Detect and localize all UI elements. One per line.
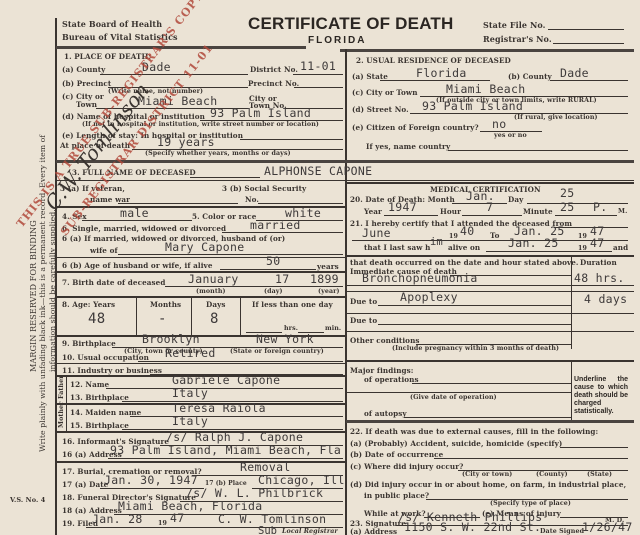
place-hint: (Specify type of place)	[490, 500, 571, 507]
minute-label: Minute	[523, 207, 553, 216]
res-county-label: (b) County	[508, 72, 552, 81]
age-divider-2	[191, 297, 192, 335]
birth-year-value: 1899	[310, 272, 339, 286]
address-label: (a) Address	[350, 527, 397, 535]
birthplace-city: Brooklyn	[142, 332, 200, 346]
birthplace-label: 9. Birthplace	[62, 339, 116, 348]
age-months-label: Months	[150, 300, 181, 309]
city-label-2: Town	[76, 100, 97, 109]
death-hour-value: 7	[486, 200, 493, 214]
registrar-no-label: Registrar's No.	[483, 34, 552, 44]
age-divider-3	[240, 297, 241, 335]
certificate-title: CERTIFICATE OF DEATH	[248, 14, 453, 34]
rule-age	[56, 296, 345, 298]
underline-note: Underline the cause to which death shoul…	[574, 376, 628, 416]
accident-underline	[560, 447, 628, 448]
county-label: (a) County	[62, 65, 105, 74]
nineteen-1: 19	[449, 233, 458, 240]
operations-underline	[412, 383, 571, 384]
occurred-label: that death occurred on the date and hour…	[350, 258, 579, 267]
res-country-underline	[448, 150, 628, 151]
ssn-label-1: 3 (b) Social Security	[222, 184, 306, 193]
attended-from-value: June	[362, 226, 391, 240]
place-of-death-heading: 1. PLACE OF DEATH:	[64, 52, 151, 61]
physician-address: 1150 S. W. 22nd St.	[404, 520, 541, 534]
age-years-label: 8. Age: Years	[62, 300, 115, 309]
age-divider-1	[136, 297, 137, 335]
major-label: Major findings:	[350, 366, 414, 375]
due-to-label-2: Due to	[350, 316, 377, 325]
director-signature: /s/ W. L. Philbrick	[186, 486, 323, 500]
immediate-duration-value: 48 hrs.	[574, 271, 625, 285]
rule-industry	[56, 363, 345, 364]
informant-signature: /s/ Ralph J. Capone	[166, 430, 303, 444]
burial-place-value: Chicago, Ill	[258, 473, 345, 487]
rule-burial	[56, 461, 345, 463]
occurrence-label: (b) Date of occurrence	[350, 450, 443, 459]
attended-underline	[352, 240, 628, 241]
mother-side-label: Mother	[58, 401, 65, 428]
precinct-no-underline	[294, 87, 343, 88]
birth-label: 7. Birth date of deceased	[62, 278, 165, 287]
ssn-underline	[258, 203, 343, 204]
res-city-value: Miami Beach	[446, 82, 525, 96]
filed-date: Jan. 28	[92, 512, 143, 526]
age-months-value: -	[158, 311, 167, 327]
where-hint-county: (County)	[536, 471, 568, 478]
district-label: District No.	[250, 65, 298, 74]
rule-major	[346, 360, 634, 362]
father-side-label: Father	[58, 375, 65, 399]
birthplace-state: New York	[256, 332, 314, 346]
registrar-no-field[interactable]	[553, 43, 624, 44]
precinct-no-label: Precinct No.	[248, 79, 299, 88]
father-birthplace-value: Italy	[172, 386, 208, 400]
last-saw-year: 47	[590, 236, 604, 250]
registrar-label: Local Registrar	[282, 528, 338, 535]
immediate-cause-value: Bronchopneumonia	[362, 271, 478, 285]
spouse-value: Mary Capone	[165, 240, 244, 254]
autopsy-underline	[404, 417, 571, 418]
occupation-underline	[138, 361, 343, 362]
marital-label: 6. Single, married, widowed or divorced	[62, 224, 226, 233]
res-country-label: If yes, name country	[366, 142, 450, 151]
rule-spouse-age	[56, 257, 345, 258]
accident-label: (a) (Probably) Accident, suicide, homici…	[350, 439, 562, 448]
min-label: min.	[325, 325, 341, 332]
less-than-day-label: If less than one day	[252, 300, 333, 309]
and-label: and	[613, 243, 628, 252]
burial-date-value: Jan. 30, 1947	[104, 473, 198, 487]
res-street-value: 93 Palm Island	[422, 99, 523, 113]
spouse-age-underline	[220, 269, 316, 270]
header-rule-left	[56, 46, 306, 49]
due-to-2-underline	[378, 324, 571, 325]
year-hint: (year)	[318, 288, 340, 295]
res-city-label: (c) City or Town	[352, 88, 418, 97]
death-year-value: 1947	[388, 200, 417, 214]
informant-addr-value: 93 Palm Island, Miami Beach, Fla	[110, 443, 341, 457]
last-saw-underline	[486, 251, 612, 252]
ampm-value: P.	[593, 200, 607, 214]
where-hint-city: (City or town)	[462, 471, 512, 478]
last-saw-pronoun: im	[430, 236, 443, 248]
father-name-value: Gabriele Capone	[172, 373, 280, 387]
registrar-name: C. W. Tomlinson	[218, 512, 326, 526]
ssn-label-2: No.	[245, 195, 259, 204]
district-underline	[293, 74, 343, 75]
duration-label: Duration	[580, 258, 617, 267]
mother-name-underline	[130, 416, 343, 417]
veteran-underline	[118, 203, 238, 204]
occurrence-underline	[434, 458, 628, 459]
burial-value: Removal	[240, 460, 291, 474]
center-divider	[345, 49, 347, 535]
father-name-underline	[106, 388, 343, 389]
precinct-label: (b) Precinct	[62, 79, 111, 88]
other-hint: (Include pregnancy within 3 months of de…	[392, 345, 559, 352]
informant-addr-underline	[108, 458, 343, 459]
day-hint: (day)	[264, 288, 283, 295]
stay-value: 19 years	[157, 135, 215, 149]
attended-from-year: 40	[460, 224, 474, 238]
birth-day-value: 17	[275, 272, 289, 286]
autopsy-label: of autopsy	[364, 409, 407, 418]
last-saw-label-1: that I last saw h	[364, 243, 430, 252]
immediate-underline	[346, 285, 634, 286]
age-days-label: Days	[206, 300, 226, 309]
due-to-spacer-line	[346, 313, 634, 314]
spouse-label-2: wife of	[90, 246, 118, 255]
age-days-value: 8	[210, 311, 219, 327]
res-citizen-value: no	[492, 117, 506, 131]
residence-heading: 2. USUAL RESIDENCE OF DECEASED	[356, 56, 511, 65]
form-number: V.S. No. 4	[10, 496, 45, 504]
last-saw-label-2: alive on	[448, 243, 480, 252]
death-month-underline	[452, 203, 507, 204]
spouse-age-value: 50	[266, 254, 280, 268]
due-to-1-value: Apoplexy	[400, 290, 458, 304]
res-citizen-hint: yes or no	[494, 132, 527, 139]
age-years-value: 48	[88, 311, 105, 327]
other-label: Other conditions	[350, 336, 420, 345]
father-name-label: 12. Name	[70, 380, 109, 389]
medical-top-rule	[346, 182, 634, 184]
due-to-1-underline	[378, 305, 571, 306]
where-label: (c) Where did injury occur?	[350, 462, 463, 471]
margin-binding-note: MARGIN RESERVED FOR BINDING	[28, 220, 38, 372]
header-rule-right	[340, 49, 634, 52]
date-signed-value: 1/26/47	[582, 520, 633, 534]
hospital-value: 93 Palm Island	[210, 106, 311, 120]
due-to-duration-value: 4 days	[584, 292, 627, 306]
name-underline-left	[190, 177, 260, 178]
to-label: To	[490, 231, 500, 240]
month-hint: (month)	[196, 288, 226, 295]
hour-label: Hour	[440, 207, 461, 216]
res-citizen-label: (e) Citizen of Foreign country?	[352, 123, 479, 132]
date-signed-label: Date Signed	[540, 528, 584, 535]
district-value: 11-01	[300, 59, 336, 73]
duration-divider	[571, 256, 572, 349]
home-label-2: in public place?	[364, 491, 429, 500]
death-certificate: MARGIN RESERVED FOR BINDING Write plainl…	[0, 0, 640, 535]
marital-value: married	[250, 218, 301, 232]
state-file-field[interactable]	[548, 29, 624, 30]
mother-birthplace-label: 15. Birthplace	[70, 421, 129, 430]
state-file-label: State File No.	[483, 20, 546, 30]
hrs-label: hrs.	[284, 325, 298, 332]
birthplace-state-hint: (State or foreign country)	[230, 348, 324, 355]
death-day-underline	[527, 203, 628, 204]
father-birthplace-label: 13. Birthplace	[70, 393, 129, 402]
section-rule-1	[56, 160, 634, 163]
stay-hint: (Specify whether years, months or days)	[145, 150, 291, 157]
year-label: Year	[364, 207, 382, 216]
registrar-sub: Sub	[258, 525, 277, 535]
death-day-value: 25	[560, 186, 574, 200]
underline-note-divider	[571, 361, 572, 421]
mother-name-value: Teresa Raiola	[172, 401, 266, 415]
due-to-2-spacer	[346, 331, 634, 332]
stay-hospital-underline	[240, 139, 343, 140]
mother-birthplace-value: Italy	[172, 414, 208, 428]
county-underline	[100, 74, 248, 75]
left-border	[55, 18, 57, 535]
rule-external	[346, 420, 634, 423]
day-label: Day	[508, 195, 523, 204]
due-to-label-1: Due to	[350, 297, 377, 306]
sex-value: male	[120, 206, 149, 220]
filed-year: 47	[170, 511, 184, 525]
marital-underline	[222, 232, 343, 233]
last-saw-value: Jan. 25	[508, 236, 559, 250]
m-label: M.	[618, 208, 627, 215]
industry-label: 11. Industry or business	[62, 366, 162, 375]
deceased-name: ALPHONSE CAPONE	[264, 164, 372, 178]
race-label: 5. Color or race	[192, 212, 256, 221]
occupation-label: 10. Usual occupation	[62, 353, 149, 362]
where-hint-state: (State)	[587, 471, 612, 478]
home-label-1: (d) Did injury occur in or about home, o…	[350, 480, 626, 489]
director-addr-value: Miami Beach, Florida	[118, 499, 262, 513]
rule-occurred	[346, 255, 634, 257]
external-label: 22. If death was due to external causes,…	[350, 427, 598, 436]
agency-line-1: State Board of Health	[62, 19, 162, 29]
death-hour-underline	[462, 215, 522, 216]
res-street-label: (d) Street No.	[352, 105, 409, 114]
death-minute-underline	[555, 215, 617, 216]
nineteen-2: 19	[578, 233, 587, 240]
res-county-value: Dade	[560, 66, 589, 80]
spouse-age-label: 6 (b) Age of husband or wife, if alive	[62, 261, 213, 270]
years-label: years	[317, 262, 339, 271]
state-name: FLORIDA	[308, 35, 366, 46]
death-year-underline	[384, 215, 438, 216]
res-county-underline	[550, 80, 628, 81]
operation-hint: (Give date of operation)	[410, 394, 497, 401]
name-rule	[56, 180, 634, 181]
birth-underline	[165, 286, 343, 287]
res-street-hint: (If rural, give location)	[514, 114, 598, 121]
death-minute-value: 25	[560, 200, 574, 214]
operations-spacer	[346, 392, 571, 393]
res-state-underline	[380, 80, 490, 81]
birth-month-value: January	[188, 272, 239, 286]
spouse-underline	[118, 254, 343, 255]
filed-19: 19	[158, 520, 167, 527]
occupation-value: Retired	[165, 346, 216, 360]
operations-label: of operations	[364, 375, 419, 384]
res-state-value: Florida	[416, 66, 467, 80]
sex-underline	[82, 220, 192, 221]
